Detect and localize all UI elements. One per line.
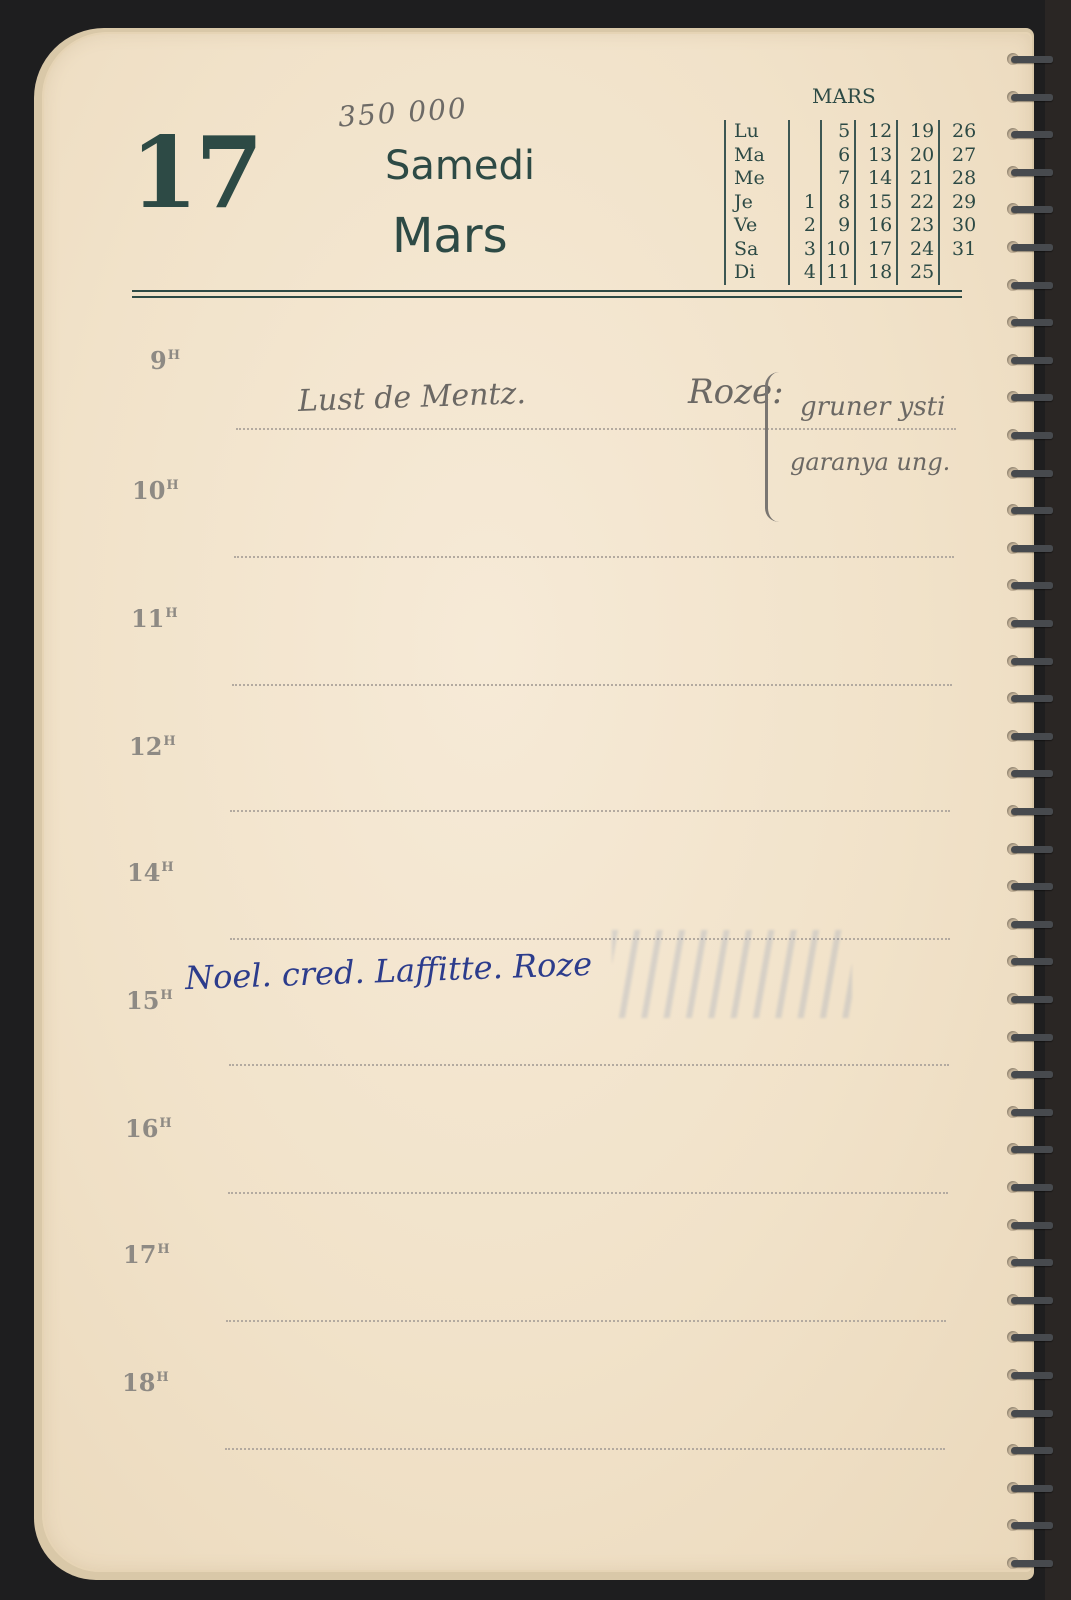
spiral-coil-icon bbox=[1007, 507, 1051, 516]
hour-number: 16 bbox=[125, 1114, 158, 1143]
calendar-date: 28 bbox=[939, 167, 980, 191]
mini-calendar: Lu5121926Ma6132027Me7142128Je18152229Ve2… bbox=[724, 120, 980, 285]
hour-number: 12 bbox=[129, 732, 162, 761]
hour-suffix: H bbox=[156, 1370, 168, 1385]
calendar-date: 23 bbox=[897, 214, 939, 238]
entry-9h-line2: garanya ung. bbox=[790, 448, 950, 476]
spiral-coil-icon bbox=[1007, 695, 1051, 704]
weekday-abbrev: Lu bbox=[725, 120, 789, 144]
spiral-coil-icon bbox=[1007, 958, 1051, 967]
hour-suffix: H bbox=[157, 1242, 169, 1257]
calendar-date: 14 bbox=[855, 167, 897, 191]
spiral-coil-icon bbox=[1007, 169, 1051, 178]
spiral-coil-icon bbox=[1007, 1034, 1051, 1043]
spiral-coil-icon bbox=[1007, 770, 1051, 779]
spiral-coil-icon bbox=[1007, 620, 1051, 629]
hour-label: 9H bbox=[150, 346, 180, 375]
calendar-date: 7 bbox=[821, 167, 855, 191]
hour-suffix: H bbox=[166, 478, 178, 493]
calendar-date: 6 bbox=[821, 144, 855, 168]
notebook-back-cover bbox=[1045, 0, 1071, 1600]
spiral-coil-icon bbox=[1007, 56, 1051, 65]
mini-calendar-row: Lu5121926 bbox=[725, 120, 980, 144]
calendar-date: 4 bbox=[789, 261, 821, 285]
header-rule-bottom bbox=[132, 296, 962, 298]
spiral-coil-icon bbox=[1007, 244, 1051, 253]
hour-label: 10H bbox=[132, 476, 179, 505]
spiral-coil-icon bbox=[1007, 921, 1051, 930]
calendar-date: 10 bbox=[821, 238, 855, 262]
calendar-date: 19 bbox=[897, 120, 939, 144]
hour-suffix: H bbox=[163, 734, 175, 749]
mini-calendar-row: Me7142128 bbox=[725, 167, 980, 191]
spiral-coil-icon bbox=[1007, 1485, 1051, 1494]
writing-line bbox=[230, 810, 950, 812]
calendar-date: 29 bbox=[939, 191, 980, 215]
calendar-date: 11 bbox=[821, 261, 855, 285]
hour-suffix: H bbox=[159, 1116, 171, 1131]
weekday-abbrev: Me bbox=[725, 167, 789, 191]
spiral-coil-icon bbox=[1007, 319, 1051, 328]
bleed-through-stamp bbox=[612, 930, 852, 1018]
spiral-coil-icon bbox=[1007, 131, 1051, 140]
hour-number: 9 bbox=[150, 346, 167, 375]
spiral-coil-icon bbox=[1007, 846, 1051, 855]
hour-number: 10 bbox=[132, 476, 165, 505]
weekday-abbrev: Sa bbox=[725, 238, 789, 262]
spiral-coil-icon bbox=[1007, 357, 1051, 366]
hour-label: 15H bbox=[126, 986, 173, 1015]
spiral-coil-icon bbox=[1007, 470, 1051, 479]
spiral-coil-icon bbox=[1007, 733, 1051, 742]
spiral-coil-icon bbox=[1007, 1071, 1051, 1080]
spiral-coil-icon bbox=[1007, 1334, 1051, 1343]
writing-line bbox=[236, 428, 956, 430]
spiral-coil-icon bbox=[1007, 282, 1051, 291]
writing-line bbox=[225, 1448, 945, 1450]
calendar-date: 17 bbox=[855, 238, 897, 262]
hour-suffix: H bbox=[160, 988, 172, 1003]
hour-suffix: H bbox=[165, 606, 177, 621]
hour-number: 15 bbox=[126, 986, 159, 1015]
calendar-date: 18 bbox=[855, 261, 897, 285]
spiral-coil-icon bbox=[1007, 1184, 1051, 1193]
calendar-date bbox=[939, 261, 980, 285]
spiral-coil-icon bbox=[1007, 206, 1051, 215]
entry-9h-line1: gruner ysti bbox=[800, 392, 945, 422]
hour-suffix: H bbox=[168, 348, 180, 363]
spiral-coil-icon bbox=[1007, 1222, 1051, 1231]
spiral-coil-icon bbox=[1007, 432, 1051, 441]
spiral-coil-icon bbox=[1007, 1146, 1051, 1155]
brace-icon bbox=[765, 372, 786, 522]
calendar-date: 3 bbox=[789, 238, 821, 262]
hour-label: 12H bbox=[129, 732, 176, 761]
spiral-coil-icon bbox=[1007, 658, 1051, 667]
weekday-abbrev: Je bbox=[725, 191, 789, 215]
calendar-date bbox=[789, 167, 821, 191]
hour-suffix: H bbox=[161, 860, 173, 875]
calendar-date: 31 bbox=[939, 238, 980, 262]
calendar-date: 25 bbox=[897, 261, 939, 285]
calendar-date: 12 bbox=[855, 120, 897, 144]
writing-line bbox=[234, 556, 954, 558]
calendar-date: 27 bbox=[939, 144, 980, 168]
spiral-coil-icon bbox=[1007, 996, 1051, 1005]
calendar-date: 21 bbox=[897, 167, 939, 191]
weekday-abbrev: Di bbox=[725, 261, 789, 285]
weekday-abbrev: Ma bbox=[725, 144, 789, 168]
hour-number: 17 bbox=[123, 1240, 156, 1269]
calendar-date: 13 bbox=[855, 144, 897, 168]
hour-label: 16H bbox=[125, 1114, 172, 1143]
calendar-date: 30 bbox=[939, 214, 980, 238]
spiral-coil-icon bbox=[1007, 1259, 1051, 1268]
calendar-date: 5 bbox=[821, 120, 855, 144]
spiral-coil-icon bbox=[1007, 545, 1051, 554]
weekday-abbrev: Ve bbox=[725, 214, 789, 238]
spiral-coil-icon bbox=[1007, 1560, 1051, 1569]
calendar-date bbox=[789, 120, 821, 144]
hour-number: 18 bbox=[122, 1368, 155, 1397]
spiral-coil-icon bbox=[1007, 394, 1051, 403]
calendar-date: 2 bbox=[789, 214, 821, 238]
spiral-coil-icon bbox=[1007, 1372, 1051, 1381]
mini-calendar-row: Di4111825 bbox=[725, 261, 980, 285]
calendar-date: 22 bbox=[897, 191, 939, 215]
calendar-date: 15 bbox=[855, 191, 897, 215]
hour-number: 11 bbox=[131, 604, 164, 633]
hour-label: 17H bbox=[123, 1240, 170, 1269]
calendar-date bbox=[789, 144, 821, 168]
hour-label: 18H bbox=[122, 1368, 169, 1397]
spiral-coil-icon bbox=[1007, 1109, 1051, 1118]
spiral-coil-icon bbox=[1007, 582, 1051, 591]
spiral-coil-icon bbox=[1007, 883, 1051, 892]
calendar-date: 9 bbox=[821, 214, 855, 238]
day-number: 17 bbox=[130, 125, 260, 223]
mini-calendar-row: Ve29162330 bbox=[725, 214, 980, 238]
hour-number: 14 bbox=[127, 858, 160, 887]
spiral-coil-icon bbox=[1007, 1447, 1051, 1456]
spiral-coil-icon bbox=[1007, 94, 1051, 103]
writing-line bbox=[228, 1192, 948, 1194]
writing-line bbox=[226, 1320, 946, 1322]
mini-calendar-title: MARS bbox=[812, 84, 876, 108]
calendar-date: 26 bbox=[939, 120, 980, 144]
calendar-date: 8 bbox=[821, 191, 855, 215]
mini-calendar-row: Sa310172431 bbox=[725, 238, 980, 262]
writing-line bbox=[232, 684, 952, 686]
weekday-label: Samedi bbox=[385, 143, 535, 189]
writing-line bbox=[229, 1064, 949, 1066]
mini-calendar-row: Je18152229 bbox=[725, 191, 980, 215]
calendar-date: 24 bbox=[897, 238, 939, 262]
hour-label: 11H bbox=[131, 604, 178, 633]
calendar-date: 16 bbox=[855, 214, 897, 238]
spiral-coil-icon bbox=[1007, 808, 1051, 817]
mini-calendar-row: Ma6132027 bbox=[725, 144, 980, 168]
spiral-coil-icon bbox=[1007, 1522, 1051, 1531]
calendar-date: 1 bbox=[789, 191, 821, 215]
month-label: Mars bbox=[392, 208, 508, 264]
spiral-coil-icon bbox=[1007, 1410, 1051, 1419]
hour-label: 14H bbox=[127, 858, 174, 887]
header-rule-top bbox=[132, 290, 962, 292]
calendar-date: 20 bbox=[897, 144, 939, 168]
spiral-coil-icon bbox=[1007, 1297, 1051, 1306]
